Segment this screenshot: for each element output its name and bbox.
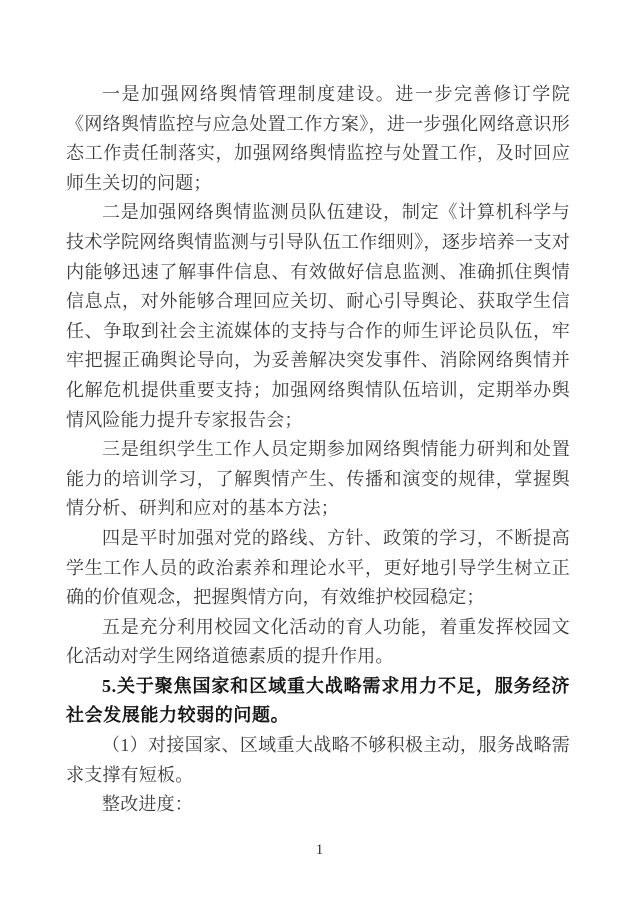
paragraph-1: 一是加强网络舆情管理制度建设。进一步完善修订学院《网络舆情监控与应急处置工作方案…	[66, 80, 570, 198]
document-page: 一是加强网络舆情管理制度建设。进一步完善修订学院《网络舆情监控与应急处置工作方案…	[0, 0, 639, 905]
section-heading-5: 5.关于聚焦国家和区域重大战略需求用力不足，服务经济社会发展能力较弱的问题。	[66, 672, 570, 731]
paragraph-3: 三是组织学生工作人员定期参加网络舆情能力研判和处置能力的培训学习，了解舆情产生、…	[66, 435, 570, 524]
paragraph-4: 四是平时加强对党的路线、方针、政策的学习，不断提高学生工作人员的政治素养和理论水…	[66, 524, 570, 613]
document-body: 一是加强网络舆情管理制度建设。进一步完善修订学院《网络舆情监控与应急处置工作方案…	[66, 80, 570, 820]
paragraph-6: （1）对接国家、区域重大战略不够积极主动，服务战略需求支撑有短板。	[66, 731, 570, 790]
paragraph-7-rectification-progress-label: 整改进度：	[66, 790, 570, 820]
paragraph-5: 五是充分利用校园文化活动的育人功能，着重发挥校园文化活动对学生网络道德素质的提升…	[66, 613, 570, 672]
page-number: 1	[0, 842, 639, 859]
paragraph-2: 二是加强网络舆情监测员队伍建设，制定《计算机科学与技术学院网络舆情监测与引导队伍…	[66, 198, 570, 435]
